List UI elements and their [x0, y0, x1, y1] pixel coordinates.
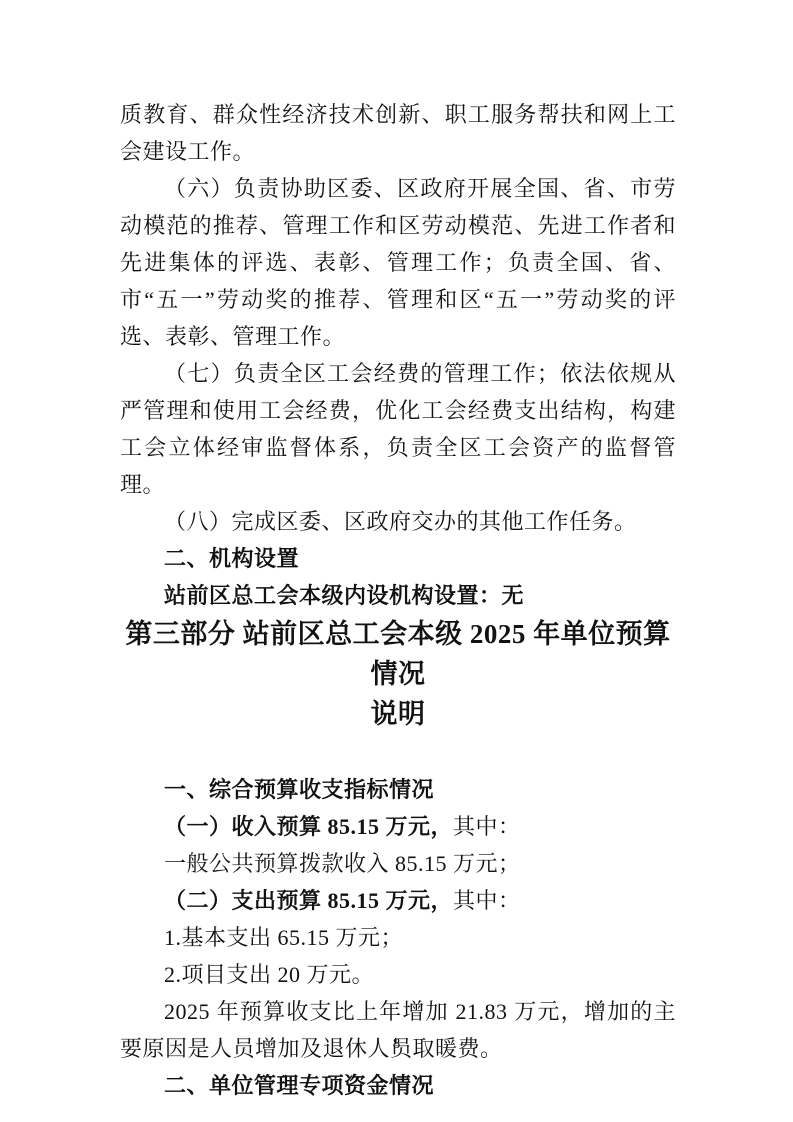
income-budget-suffix: 其中：	[453, 814, 521, 839]
part-three-title-line1: 第三部分 站前区总工会本级 2025 年单位预算情况	[120, 614, 676, 694]
section-heading-budget-indicators: 一、综合预算收支指标情况	[120, 771, 676, 808]
section-heading-special-funds: 二、单位管理专项资金情况	[120, 1067, 676, 1104]
document-page: 质教育、群众性经济技术创新、职工服务帮扶和网上工会建设工作。 （六）负责协助区委…	[0, 0, 793, 1122]
paragraph-duty-8: （八）完成区委、区政府交办的其他工作任务。	[120, 503, 676, 540]
paragraph-income-budget: （一）收入预算 85.15 万元，其中：	[120, 808, 676, 845]
expense-budget-amount: （二）支出预算 85.15 万元，	[164, 888, 453, 913]
paragraph-organization-setup: 站前区总工会本级内设机构设置：无	[120, 577, 676, 614]
page-number: 8	[0, 1034, 793, 1054]
paragraph-duty-6: （六）负责协助区委、区政府开展全国、省、市劳动模范的推荐、管理工作和区劳动模范、…	[120, 170, 676, 355]
paragraph-budget-change: 2025 年预算收支比上年增加 21.83 万元，增加的主要原因是人员增加及退休…	[120, 993, 676, 1067]
expense-budget-suffix: 其中：	[453, 888, 521, 913]
section-heading-organization: 二、机构设置	[120, 540, 676, 577]
paragraph-expense-budget: （二）支出预算 85.15 万元，其中：	[120, 882, 676, 919]
paragraph-continuation: 质教育、群众性经济技术创新、职工服务帮扶和网上工会建设工作。	[120, 96, 676, 170]
paragraph-basic-expense: 1.基本支出 65.15 万元；	[120, 919, 676, 956]
income-budget-amount: （一）收入预算 85.15 万元，	[164, 814, 453, 839]
paragraph-project-expense: 2.项目支出 20 万元。	[120, 956, 676, 993]
part-three-title-line2: 说明	[120, 694, 676, 734]
document-content: 质教育、群众性经济技术创新、职工服务帮扶和网上工会建设工作。 （六）负责协助区委…	[120, 96, 676, 1104]
blank-line	[120, 734, 676, 771]
paragraph-duty-7: （七）负责全区工会经费的管理工作；依法依规从严管理和使用工会经费，优化工会经费支…	[120, 355, 676, 503]
paragraph-income-detail: 一般公共预算拨款收入 85.15 万元；	[120, 845, 676, 882]
